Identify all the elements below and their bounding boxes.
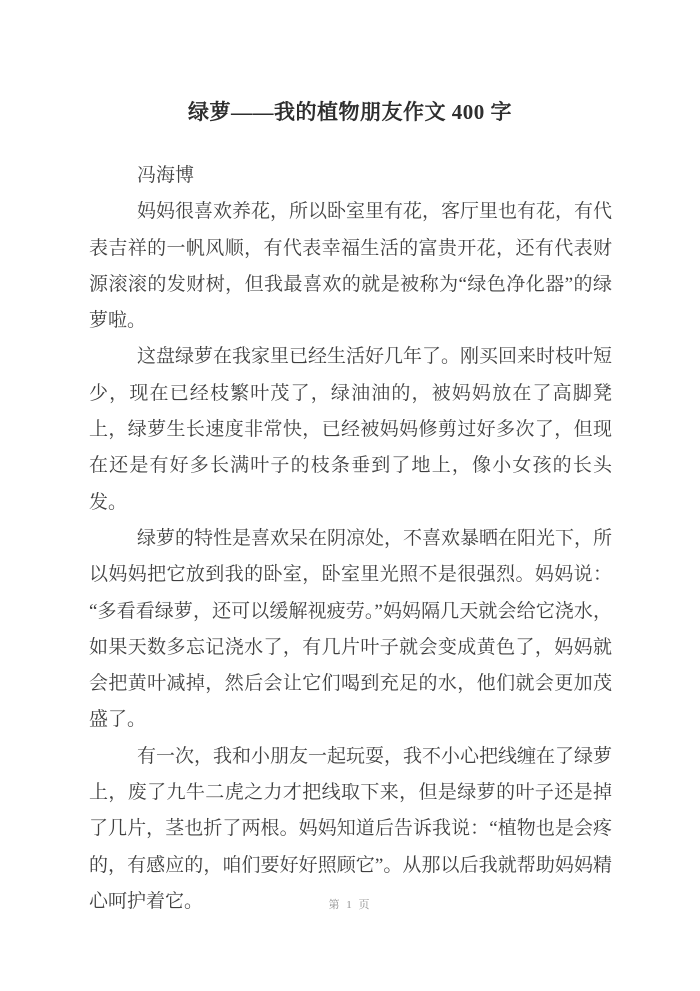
paragraph-3: 绿萝的特性是喜欢呆在阴凉处，不喜欢暴晒在阳光下，所以妈妈把它放到我的卧室，卧室里… [89, 521, 612, 739]
paragraph-4: 有一次，我和小朋友一起玩耍，我不小心把线缠在了绿萝上，废了九牛二虎之力才把线取下… [89, 739, 612, 920]
document-title: 绿萝——我的植物朋友作文 400 字 [0, 0, 700, 127]
document-body: 冯海博 妈妈很喜欢养花，所以卧室里有花，客厅里也有花，有代表吉祥的一帆风顺，有代… [89, 158, 612, 920]
page-number-label: 第 1 页 [329, 899, 372, 911]
page-footer: 第 1 页 [0, 897, 700, 913]
document-page: 绿萝——我的植物朋友作文 400 字 冯海博 妈妈很喜欢养花，所以卧室里有花，客… [0, 0, 700, 991]
paragraph-1: 妈妈很喜欢养花，所以卧室里有花，客厅里也有花，有代表吉祥的一帆风顺，有代表幸福生… [89, 194, 612, 339]
paragraph-2: 这盘绿萝在我家里已经生活好几年了。刚买回来时枝叶短少，现在已经枝繁叶茂了，绿油油… [89, 339, 612, 520]
author-line: 冯海博 [89, 158, 612, 194]
